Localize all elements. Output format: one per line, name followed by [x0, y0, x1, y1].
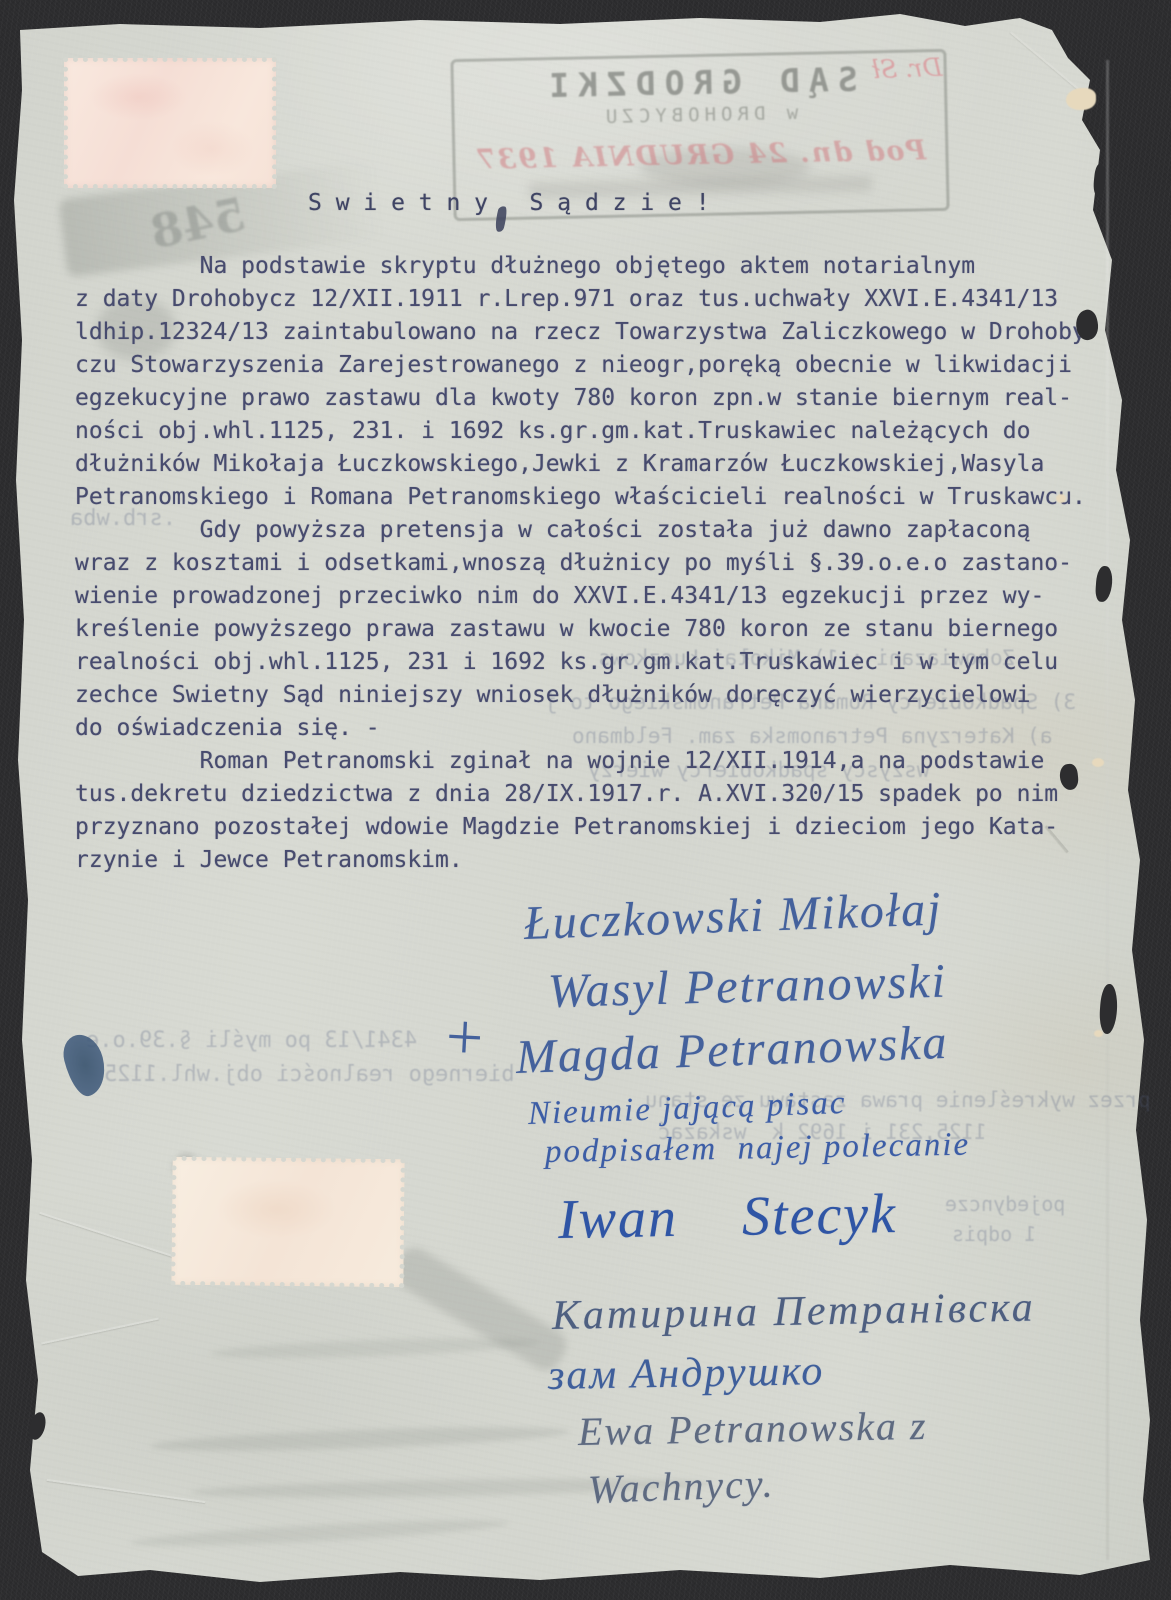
typed-line: Na podstawie skryptu dłużnego objętego a… — [75, 250, 1100, 283]
signature-handwritten-cyrillic: зам Андрушко — [548, 1347, 825, 1400]
postage-stamp-bottom-left — [171, 1157, 404, 1287]
paper-chip — [1094, 1030, 1103, 1037]
typed-line: zechce Swietny Sąd niniejszy wniosek dłu… — [75, 679, 1100, 712]
signature-handwritten: Wachnycy. — [587, 1460, 775, 1513]
typed-line: Roman Petranomski zginał na wojnie 12/XI… — [75, 745, 1100, 778]
typed-line: realności obj.whl.1125, 231 i 1692 ks.gr… — [75, 646, 1100, 679]
bleed-through-text: pojedyncze — [945, 1192, 1065, 1216]
typed-text-block: Na podstawie skryptu dłużnego objętego a… — [75, 250, 1100, 877]
typed-line: z daty Drohobycz 12/XII.1911 r.Lrep.971 … — [75, 283, 1100, 316]
signature-handwritten: Iwan Stecyk — [557, 1182, 897, 1252]
typed-line: rzynie i Jewce Petranomskim. — [75, 844, 1100, 877]
paper-chip — [1092, 758, 1104, 767]
typed-line: do oświadczenia się. - — [75, 712, 1100, 745]
typed-line: egzekucyjne prawo zastawu dla kwoty 780 … — [75, 382, 1100, 415]
typed-line: tus.dekretu dziedzictwa z dnia 28/IX.191… — [75, 778, 1100, 811]
signature-handwritten-cyrillic: Катирина Петранівска — [552, 1284, 1036, 1340]
typed-line: czu Stowarzyszenia Zarejestrowanego z ni… — [75, 349, 1100, 382]
typed-line: przyznano pozostałej wdowie Magdzie Petr… — [75, 811, 1100, 844]
paper-chip — [1056, 494, 1066, 503]
typed-line: wraz z kosztami i odsetkami,wnoszą dłużn… — [75, 547, 1100, 580]
court-stamp-place: w DROHOBYCZU — [601, 102, 799, 128]
postage-stamp-top-left — [64, 58, 276, 188]
typed-line: ności obj.whl.1125, 231. i 1692 ks.gr.gm… — [75, 415, 1100, 448]
typed-line: kreślenie powyższego prawa zastawu w kwo… — [75, 613, 1100, 646]
signature-cross-mark: + — [444, 999, 485, 1077]
red-annotation-mirrored: Dr. Sł — [872, 53, 943, 84]
scanned-document-photo: SĄD GRODZKI w DROHOBYCZU Pod dn. 24 GRUD… — [0, 0, 1171, 1600]
typed-line: Petranomskiego i Romana Petranomskiego w… — [75, 481, 1100, 514]
signature-handwritten: Wasyl Petranowski — [547, 954, 947, 1019]
court-stamp-date: Pod dn. 24 GRUDNIA 1937 — [474, 135, 926, 175]
typed-line: Gdy powyższa pretensja w całości została… — [75, 514, 1100, 547]
court-stamp-name: SĄD GRODZKI — [540, 60, 858, 106]
bleed-through-text: 1 odpis — [952, 1222, 1036, 1246]
typed-line: ldhip.12324/13 zaintabulowano na rzecz T… — [75, 316, 1100, 349]
paper-chip — [1066, 88, 1096, 110]
salutation-title: S w i e t n y S ą d z i e ! — [308, 190, 710, 216]
signature-handwritten: Ewa Petranowska z — [578, 1402, 928, 1455]
typed-line: wienie prowadzonej przeciwko nim do XXVI… — [75, 580, 1100, 613]
typed-line: dłużników Mikołaja Łuczkowskiego,Jewki z… — [75, 448, 1100, 481]
fold-crease — [1106, 60, 1109, 1560]
signature-note-handwritten: podpisałem najej polecanie — [545, 1127, 971, 1171]
bleed-through-text: 4341/13 po myśli §.39.o.e — [86, 1028, 417, 1053]
